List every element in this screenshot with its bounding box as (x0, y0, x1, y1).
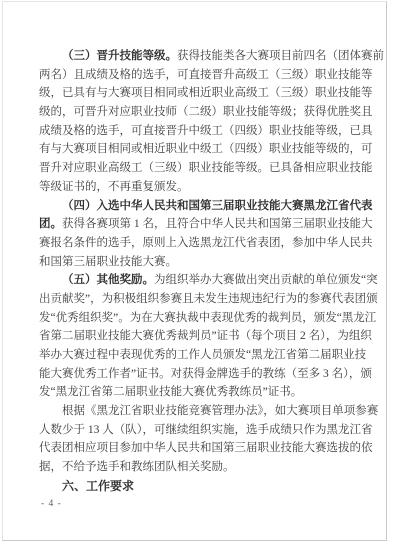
section-3-heading: （三）晋升技能等级。 (62, 50, 177, 62)
text-run: 获得技能类各大赛项目前四名（团体赛前 (177, 50, 384, 62)
text-line: 出贡献奖”，为积极组织参赛且未发生违规违纪行为的参赛代表团颁 (39, 290, 373, 309)
section-4-heading: （四）入选中华人民共和国第三届职业技能大赛黑龙江省代表 (62, 200, 373, 212)
text-line: 发“黑龙江省第二届职业技能大赛优秀教练员”证书。 (39, 383, 373, 402)
section-6-heading: 六、工作要求 (39, 477, 373, 496)
text-line: 有与大赛项目相同或相近职业中级工（四级）职业技能等级的，可 (39, 140, 373, 159)
text-line: 成绩及格的选手，可直接晋升中级工（四级）职业技能等级，已具 (39, 122, 373, 141)
section-5-heading-line: （五）其他奖励。为组织举办大赛做出突出贡献的单位颁发“突 (39, 271, 373, 290)
text-line: 晋升对应职业高级工（三级）职业技能等级。已具备相应职业技能 (39, 159, 373, 178)
text-line: 代表团相应项目参加中华人民共和国第三届职业技能大赛选拔的依 (39, 439, 373, 458)
text-line: 人数少于 13 人（队），可继续组织实施，选手成绩只作为黑龙江省 (39, 421, 373, 440)
text-line: 团。获得各赛项第 1 名，且符合中华人民共和国第三届职业技能大 (39, 215, 373, 234)
text-line: 和国第三届职业技能大赛。 (39, 253, 373, 272)
text-line: 举办大赛过程中表现优秀的工作人员颁发“黑龙江省第二届职业技 (39, 346, 373, 365)
text-line: 两名）且成绩及格的选手，可直接晋升高级工（三级）职业技能等 (39, 66, 373, 85)
text-line: 能大赛优秀工作者”证书。对获得金牌选手的教练（至多 3 名），颁 (39, 365, 373, 384)
text-line: 发“优秀组织奖”。为在大赛执裁中表现优秀的裁判员，颁发“黑龙江 (39, 309, 373, 328)
section-5-heading: （五）其他奖励。 (62, 274, 154, 286)
text-line: 省第二届职业技能大赛优秀裁判员”证书（每个项目 2 名），为组织 (39, 327, 373, 346)
section-4-heading-line: （四）入选中华人民共和国第三届职业技能大赛黑龙江省代表 (39, 197, 373, 216)
document-body: （三）晋升技能等级。获得技能类各大赛项目前四名（团体赛前 两名）且成绩及格的选手… (39, 47, 373, 496)
text-run: 为组织举办大赛做出突出贡献的单位颁发“突 (154, 274, 378, 286)
page-number: - 4 - (41, 499, 62, 509)
page-frame: （三）晋升技能等级。获得技能类各大赛项目前四名（团体赛前 两名）且成绩及格的选手… (2, 1, 387, 541)
text-line: 据，不给予选手和教练团队相关奖励。 (39, 458, 373, 477)
text-line: 级的，可晋升对应职业技师（二级）职业技能等级；获得优胜奖且 (39, 103, 373, 122)
section-3-heading-line: （三）晋升技能等级。获得技能类各大赛项目前四名（团体赛前 (39, 47, 373, 66)
text-line: 赛报名条件的选手，原则上入选黑龙江代省表团，参加中华人民共 (39, 234, 373, 253)
text-line: 级，已具有与大赛项目相同或相近职业高级工（三级）职业技能等 (39, 84, 373, 103)
text-line: 等级证书的，不再重复颁发。 (39, 178, 373, 197)
text-run: 获得各赛项第 1 名，且符合中华人民共和国第三届职业技能大 (62, 218, 373, 230)
section-4-heading-tail: 团。 (39, 218, 62, 230)
note-line: 根据《黑龙江省职业技能竞赛管理办法》，如大赛项目单项参赛 (39, 402, 373, 421)
